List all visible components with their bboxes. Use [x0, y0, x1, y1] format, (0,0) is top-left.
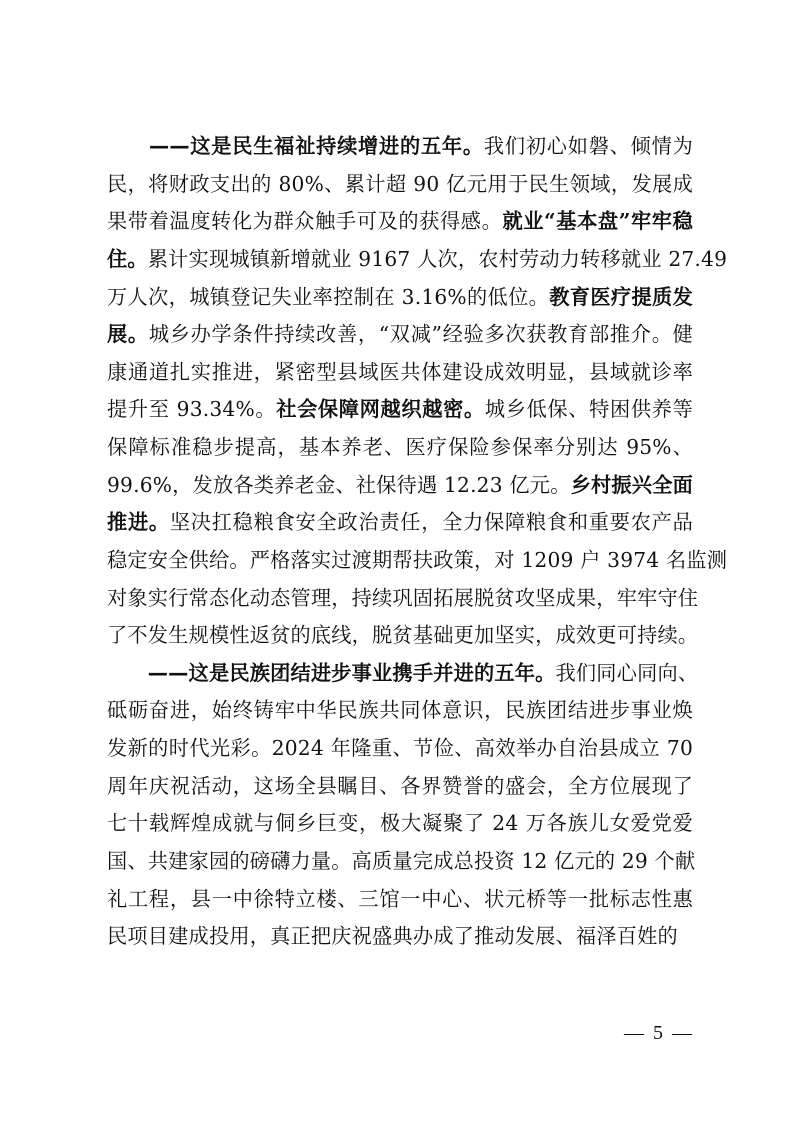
body-text: 七十载辉煌成就与侗乡巨变，极大凝聚了 24 万各族儿女爱党爱 — [107, 811, 693, 835]
body-text: 城乡低保、特困供养等 — [485, 397, 693, 421]
body-text: 城乡办学条件持续改善，“双减”经验多次获教育部推介。健 — [149, 322, 693, 346]
section-lead: ——这是民族团结进步事业携手并进的五年。 — [107, 661, 556, 685]
bold-heading: 教育医疗提质发 — [549, 285, 693, 309]
text-line: 保障标准稳步提高，基本养老、医疗保险参保率分别达 95%、 — [107, 429, 693, 467]
text-line: 展。城乡办学条件持续改善，“双减”经验多次获教育部推介。健 — [107, 316, 693, 354]
text-line: 民，将财政支出的 80%、累计超 90 亿元用于民生领域，发展成 — [107, 166, 693, 204]
text-line: ——这是民族团结进步事业携手并进的五年。我们同心同向、 — [107, 655, 693, 693]
text-line: 周年庆祝活动，这场全县瞩目、各界赞誉的盛会，全方位展现了 — [107, 768, 693, 806]
document-body: ——这是民生福祉持续增进的五年。我们初心如磐、倾情为民，将财政支出的 80%、累… — [107, 128, 693, 956]
body-text: 坚决扛稳粮食安全政治责任，全力保障粮食和重要农产品 — [170, 510, 693, 534]
text-line: 果带着温度转化为群众触手可及的获得感。就业“基本盘”牢牢稳 — [107, 203, 693, 241]
section-lead: ——这是民生福祉持续增进的五年。 — [107, 134, 484, 158]
bold-heading: 社会保障网越织越密。 — [276, 397, 485, 421]
text-line: 万人次，城镇登记失业率控制在 3.16%的低位。教育医疗提质发 — [107, 279, 693, 317]
text-line: 提升至 93.34%。社会保障网越织越密。城乡低保、特困供养等 — [107, 391, 693, 429]
bold-heading: 住。 — [107, 247, 148, 271]
text-line: 康通道扎实推进，紧密型县域医共体建设成效明显，县域就诊率 — [107, 354, 693, 392]
text-line: 礼工程，县一中徐特立楼、三馆一中心、状元桥等一批标志性惠 — [107, 881, 693, 919]
bold-heading: 就业“基本盘”牢牢稳 — [502, 209, 693, 233]
body-text: 99.6%，发放各类养老金、社保待遇 12.23 亿元。 — [107, 473, 571, 497]
body-text: 对象实行常态化动态管理，持续巩固拓展脱贫攻坚成果，牢牢守住 — [107, 586, 698, 610]
body-text: 砥砺奋进，始终铸牢中华民族共同体意识，民族团结进步事业焕 — [107, 698, 693, 722]
text-line: 七十载辉煌成就与侗乡巨变，极大凝聚了 24 万各族儿女爱党爱 — [107, 805, 693, 843]
body-text: 保障标准稳步提高，基本养老、医疗保险参保率分别达 95%、 — [107, 435, 693, 459]
text-line: 了不发生规模性返贫的底线，脱贫基础更加坚实，成效更可持续。 — [107, 617, 693, 655]
paragraph-2: ——这是民族团结进步事业携手并进的五年。我们同心同向、砥砺奋进，始终铸牢中华民族… — [107, 655, 693, 956]
body-text: 我们同心同向、 — [556, 661, 699, 685]
body-text: 了不发生规模性返贫的底线，脱贫基础更加坚实，成效更可持续。 — [107, 623, 698, 647]
text-line: 对象实行常态化动态管理，持续巩固拓展脱贫攻坚成果，牢牢守住 — [107, 580, 693, 618]
body-text: 果带着温度转化为群众触手可及的获得感。 — [107, 209, 502, 233]
body-text: 提升至 93.34%。 — [107, 397, 276, 421]
body-text: 康通道扎实推进，紧密型县域医共体建设成效明显，县域就诊率 — [107, 360, 693, 384]
text-line: 国、共建家园的磅礴力量。高质量完成总投资 12 亿元的 29 个献 — [107, 843, 693, 881]
body-text: 稳定安全供给。严格落实过渡期帮扶政策，对 1209 户 3974 名监测 — [107, 548, 727, 572]
body-text: 周年庆祝活动，这场全县瞩目、各界赞誉的盛会，全方位展现了 — [107, 774, 693, 798]
text-line: 推进。坚决扛稳粮食安全政治责任，全力保障粮食和重要农产品 — [107, 504, 693, 542]
text-line: 发新的时代光彩。2024 年隆重、节俭、高效举办自治县成立 70 — [107, 730, 693, 768]
body-text: 民项目建成投用，真正把庆祝盛典办成了推动发展、福泽百姓的 — [107, 924, 678, 948]
bold-heading: 展。 — [107, 322, 149, 346]
body-text: 国、共建家园的磅礴力量。高质量完成总投资 12 亿元的 29 个献 — [107, 849, 695, 873]
body-text: 我们初心如磐、倾情为 — [484, 134, 693, 158]
body-text: 累计实现城镇新增就业 9167 人次，农村劳动力转移就业 27.49 — [148, 247, 727, 271]
text-line: 99.6%，发放各类养老金、社保待遇 12.23 亿元。乡村振兴全面 — [107, 467, 693, 505]
bold-heading: 推进。 — [107, 510, 170, 534]
paragraph-1: ——这是民生福祉持续增进的五年。我们初心如磐、倾情为民，将财政支出的 80%、累… — [107, 128, 693, 655]
page-number: — 5 — — [614, 1022, 704, 1045]
text-line: 住。累计实现城镇新增就业 9167 人次，农村劳动力转移就业 27.49 — [107, 241, 693, 279]
text-line: 民项目建成投用，真正把庆祝盛典办成了推动发展、福泽百姓的 — [107, 918, 693, 956]
bold-heading: 乡村振兴全面 — [571, 473, 693, 497]
body-text: 民，将财政支出的 80%、累计超 90 亿元用于民生领域，发展成 — [107, 172, 693, 196]
text-line: ——这是民生福祉持续增进的五年。我们初心如磐、倾情为 — [107, 128, 693, 166]
body-text: 万人次，城镇登记失业率控制在 3.16%的低位。 — [107, 285, 549, 309]
body-text: 发新的时代光彩。2024 年隆重、节俭、高效举办自治县成立 70 — [107, 736, 693, 760]
text-line: 稳定安全供给。严格落实过渡期帮扶政策，对 1209 户 3974 名监测 — [107, 542, 693, 580]
text-line: 砥砺奋进，始终铸牢中华民族共同体意识，民族团结进步事业焕 — [107, 692, 693, 730]
body-text: 礼工程，县一中徐特立楼、三馆一中心、状元桥等一批标志性惠 — [107, 887, 693, 911]
